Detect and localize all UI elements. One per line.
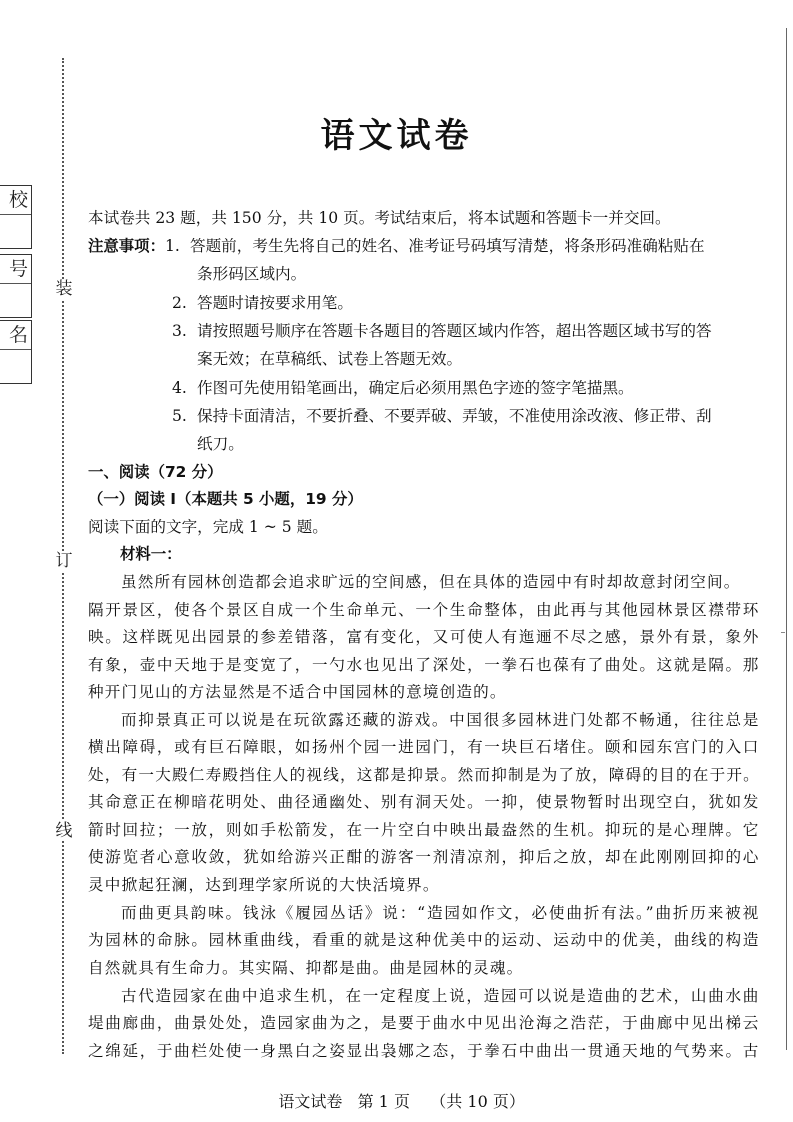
passage-line: 处，有一大殿仁寿殿挡住人的视线，这都是抑景。然而抑制是为了放，障碍的目的在于开。 <box>88 764 760 786</box>
note-number: 3. <box>172 320 197 342</box>
passage-line: 而曲更具韵味。钱泳《履园丛话》说：“造园如作文，必使曲折有法。”曲折历来被视 <box>121 902 760 924</box>
page-footer: 语文试卷 第 1 页 （共 10 页） <box>0 1070 793 1112</box>
note-text: 答题时请按要求用笔。 <box>197 294 353 312</box>
notes-label: 注意事项： <box>88 237 165 255</box>
passage-line: 横出障碍，或有巨石障眼，如扬州个园一进园门，有一块巨石堵住。颐和园东宫门的入口 <box>88 736 760 758</box>
passage-line: 灵中掀起狂澜，达到理学家所说的大快活境界。 <box>88 874 440 896</box>
notes-row-1: 注意事项：1.答题前，考生先将自己的姓名、准考证号码填写清楚，将条形码准确粘贴在 <box>88 235 705 258</box>
notes-row-5: 5.保持卡面清洁，不要折叠、不要弄破、弄皱，不准使用涂改液、修正带、刮 <box>172 405 712 428</box>
footer-subject: 语文试卷 <box>278 1092 342 1111</box>
reading-prompt: 阅读下面的文字，完成 1 ~ 5 题。 <box>88 516 328 538</box>
section-heading: 一、阅读（72 分） <box>88 461 223 483</box>
passage-line: 映。这样既见出园景的参差错落，富有变化，又可使人有迤逦不尽之感，景外有景，象外 <box>88 626 760 648</box>
school-box: 校 <box>0 185 32 249</box>
binding-mark-xian: 线 <box>54 821 74 841</box>
subsection-title: （一）阅读 I <box>88 490 176 508</box>
note-text: 案无效；在草稿纸、试卷上答题无效。 <box>197 348 462 370</box>
passage-line: 而抑景真正可以说是在玩欲露还藏的游戏。中国很多园林进门处都不畅通，往往总是 <box>121 709 760 731</box>
footer-total-pages: （共 10 页） <box>430 1092 525 1111</box>
binding-mark-ding: 订 <box>54 551 74 571</box>
passage-line: 虽然所有园林创造都会追求旷远的空间感，但在具体的造园中有时却故意封闭空间。 <box>121 571 741 593</box>
name-label: 名 <box>0 321 31 350</box>
notes-row-4: 4.作图可先使用铅笔画出，确定后必须用黑色字迹的签字笔描黑。 <box>172 377 634 400</box>
note-text: 作图可先使用铅笔画出，确定后必须用黑色字迹的签字笔描黑。 <box>197 379 634 397</box>
passage-line: 古代造园家在曲中追求生机，在一定程度上说，造园可以说是造曲的艺术，山曲水曲 <box>121 985 760 1007</box>
passage-line: 有象，壶中天地于是变宽了，一勺水也见出了深处，一拳石也葆有了曲处。这就是隔。那 <box>88 654 760 676</box>
passage-line: 使游览者心意收敛，犹如给游兴正酣的游客一剂清凉剂，抑后之放，却在此刚刚回抑的心 <box>88 846 760 868</box>
binding-mark-zhuang: 装 <box>54 279 74 299</box>
note-text: 保持卡面清洁，不要折叠、不要弄破、弄皱，不准使用涂改液、修正带、刮 <box>197 407 712 425</box>
note-number: 5. <box>172 405 197 427</box>
passage-line: 之绵延，于曲栏处使一身黑白之姿显出袅娜之态，于拳石中曲出一贯通天地的气势来。古 <box>88 1040 760 1062</box>
exam-number-box: 号 <box>0 254 32 318</box>
school-label: 校 <box>0 186 31 215</box>
material-label: 材料一： <box>120 543 182 565</box>
exam-intro: 本试卷共 23 题，共 150 分，共 10 页。考试结束后，将本试题和答题卡一… <box>88 207 671 229</box>
passage-line: 箭时回拉；一放，则如手松箭发，在一片空白中映出最盎然的生机。抑玩的是心理牌。它 <box>88 819 760 841</box>
passage-line: 其命意正在柳暗花明处、曲径通幽处、别有洞天处。一抑，使景物暂时出现空白，犹如发 <box>88 791 760 813</box>
page-edge-rule <box>786 28 787 1050</box>
passage-line: 种开门见山的方法显然是不适合中国园林的意境创造的。 <box>88 681 507 703</box>
note-text: 答题前，考生先将自己的姓名、准考证号码填写清楚，将条形码准确粘贴在 <box>190 237 705 255</box>
passage-line: 自然就具有生命力。其实隔、抑都是曲。曲是园林的灵魂。 <box>88 957 523 979</box>
page-edge-tick <box>781 632 785 633</box>
notes-row-2: 2.答题时请按要求用笔。 <box>172 292 353 315</box>
footer-page-number: 第 1 页 <box>358 1092 410 1111</box>
passage-line: 为园林的命脉。园林重曲线，看重的就是这种优美中的运动、运动中的优美，曲线的构造 <box>88 929 760 951</box>
note-number: 1. <box>165 235 190 257</box>
name-field <box>0 350 31 383</box>
note-number: 2. <box>172 292 197 314</box>
passage-line: 隔开景区，使各个景区自成一个生命单元、一个生命整体，由此再与其他园林景区襟带环 <box>88 599 760 621</box>
note-text: 纸刀。 <box>197 433 244 455</box>
exam-number-label: 号 <box>0 255 31 284</box>
exam-number-field <box>0 284 31 317</box>
subsection-detail: （本题共 5 小题，19 分） <box>176 490 363 508</box>
subsection-heading: （一）阅读 I（本题共 5 小题，19 分） <box>88 488 363 511</box>
school-field <box>0 215 31 248</box>
notes-row-3: 3.请按照题号顺序在答题卡各题目的答题区域内作答，超出答题区域书写的答 <box>172 320 712 343</box>
page-title: 语文试卷 <box>0 108 793 157</box>
note-text: 请按照题号顺序在答题卡各题目的答题区域内作答，超出答题区域书写的答 <box>197 322 712 340</box>
name-box: 名 <box>0 320 32 384</box>
passage-line: 堤曲廊曲，曲景处处，造园家曲为之，是要于曲水中见出沧海之浩茫，于曲廊中见出梯云 <box>88 1012 760 1034</box>
note-number: 4. <box>172 377 197 399</box>
note-text: 条形码区域内。 <box>197 263 306 285</box>
